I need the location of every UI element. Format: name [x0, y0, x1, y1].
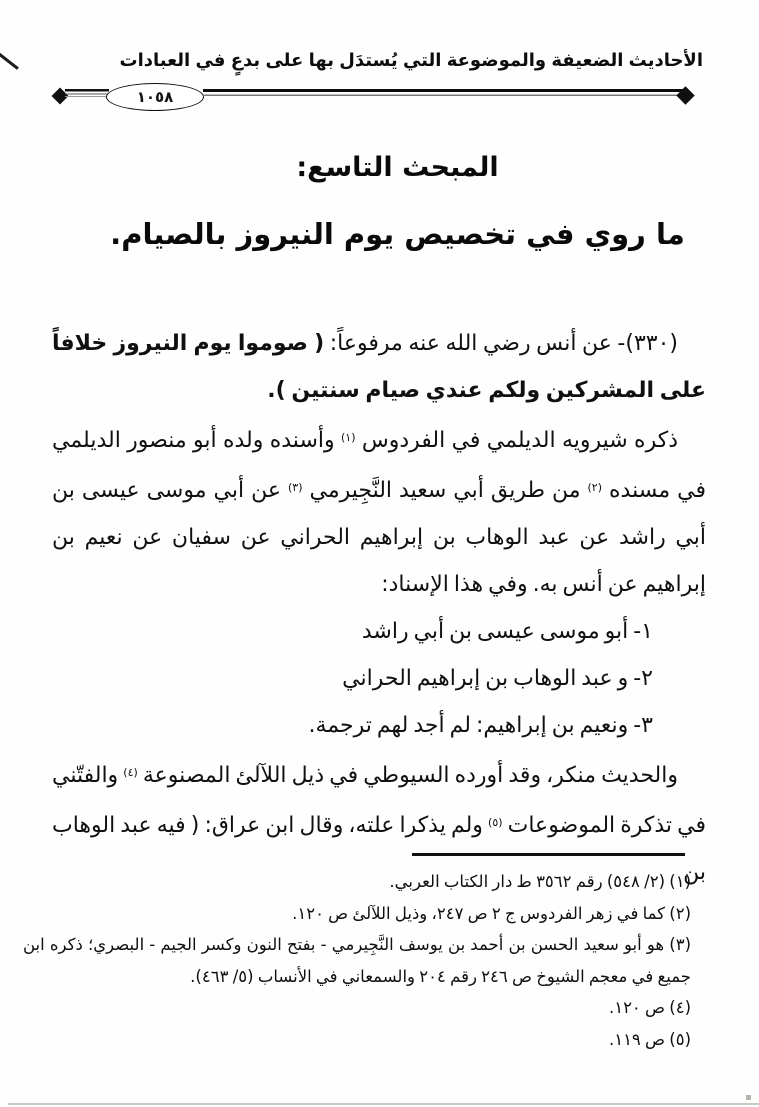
footnote: (٥) ص ١١٩. — [23, 1024, 691, 1056]
footnote: (٣) هو أبو سعيد الحسن بن أحمد بن يوسف ال… — [23, 929, 691, 992]
running-header-title: الأحاديث الضعيفة والموضوعة التي يُستدَل … — [30, 50, 703, 71]
scan-corner-artifact — [0, 50, 19, 69]
narrator-list: ١- أبو موسى عيسى بن أبي راشد٢- و عبد الو… — [52, 608, 653, 749]
page-number-badge: ١٠٥٨ — [106, 83, 204, 111]
text-segment: من طريق أبي سعيد النَّجِيرمي — [302, 478, 587, 503]
narrator-list-item: ١- أبو موسى عيسى بن أبي راشد — [52, 608, 653, 655]
footnote-marker: (٤) — [123, 766, 138, 779]
footnote-marker: (٢) — [588, 481, 603, 494]
scan-speck — [746, 1095, 751, 1100]
page-number: ١٠٥٨ — [137, 88, 174, 106]
rule-right-lines — [203, 89, 683, 97]
footnote: (٤) ص ١٢٠. — [23, 992, 691, 1024]
text-segment: ذكره شيرويه الديلمي في الفردوس — [356, 428, 679, 453]
hadith-paragraph: (٣٣٠)- عن أنس رضي الله عنه مرفوعاً: ( صو… — [52, 320, 706, 414]
body-text-block: (٣٣٠)- عن أنس رضي الله عنه مرفوعاً: ( صو… — [52, 320, 706, 896]
section-heading: المبحث التاسع: — [36, 152, 759, 183]
footnotes-block: (١) (٢/ ٥٤٨) رقم ٣٥٦٢ ط دار الكتاب العرب… — [23, 866, 691, 1055]
scan-bottom-edge — [8, 1103, 759, 1105]
narrator-list-item: ٢- و عبد الوهاب بن إبراهيم الحراني — [52, 655, 653, 702]
rule-left-lines — [65, 89, 109, 97]
footnote-marker: (٥) — [488, 816, 503, 829]
footnote-divider — [412, 853, 685, 856]
footnote: (٢) كما في زهر الفردوس ج ٢ ص ٢٤٧، وذيل ا… — [23, 898, 691, 930]
narrator-list-item: ٣- ونعيم بن إبراهيم: لم أجد لهم ترجمة. — [52, 702, 653, 749]
text-segment: والحديث منكر، وقد أورده السيوطي في ذيل ا… — [138, 763, 678, 788]
text-segment: (٣٣٠)- عن أنس رضي الله عنه مرفوعاً: — [324, 331, 678, 356]
section-subheading: ما روي في تخصيص يوم النيروز بالصيام. — [36, 217, 759, 251]
footnote-marker: (٣) — [288, 481, 303, 494]
isnad-paragraph: ذكره شيرويه الديلمي في الفردوس (١) وأسند… — [52, 414, 706, 608]
footnote: (١) (٢/ ٥٤٨) رقم ٣٥٦٢ ط دار الكتاب العرب… — [23, 866, 691, 898]
book-page: الأحاديث الضعيفة والموضوعة التي يُستدَل … — [0, 0, 759, 1107]
footnote-marker: (١) — [341, 431, 356, 444]
